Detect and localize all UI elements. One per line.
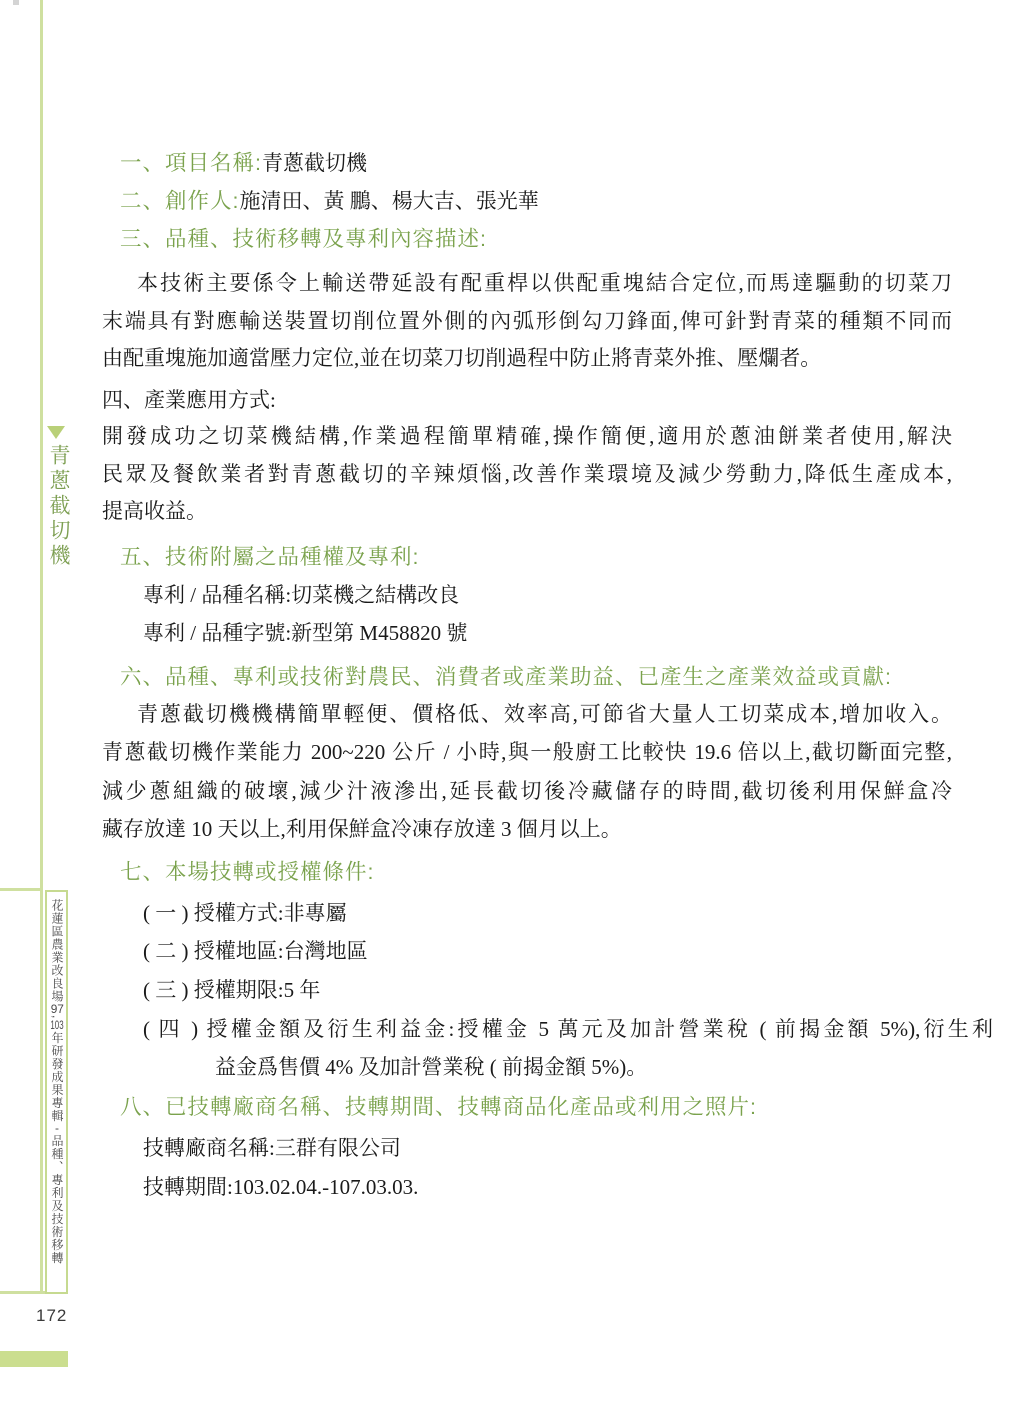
list-item: ( 三 ) 授權期限:5 年 — [102, 979, 993, 1002]
tab-text-segment: 花蓮區農業改良場 — [50, 899, 64, 1003]
tab-text-segment: 年研發成果專輯 — [50, 1031, 64, 1122]
scan-speck — [13, 0, 19, 5]
document-page: 青蔥截切機 花蓮區農業改良場97,103年研發成果專輯-品種、專利及技術移轉 1… — [0, 0, 1024, 1418]
list-item: 技轉期間:103.02.04.-107.03.03. — [102, 1176, 993, 1199]
paragraph-line: 青蔥截切機機構簡單輕便、價格低、效率高,可節省大量人工切菜成本,增加收入。 — [102, 703, 952, 726]
margin-rule-vertical — [40, 0, 43, 1293]
paragraph-line: 末端具有對應輸送裝置切削位置外側的內弧形倒勾刀鋒面,俾可針對青菜的種類不同而 — [102, 310, 952, 333]
section-8-heading: 八、已技轉廠商名稱、技轉期間、技轉商品化產品或利用之照片: — [120, 1095, 757, 1119]
list-item: ( 四 ) 授權金額及衍生利益金:授權金 5 萬元及加計營業稅 ( 前揭金額 5… — [102, 1018, 993, 1041]
margin-chapter-title: 青蔥截切機 — [43, 444, 73, 569]
section-6-heading: 六、品種、專利或技術對農民、消費者或產業助益、已產生之產業效益或貢獻: — [120, 665, 892, 689]
footer-green-bar — [0, 1351, 68, 1367]
section-5-heading: 五、技術附屬之品種權及專利: — [120, 545, 419, 569]
tab-text-segment: - — [50, 1122, 64, 1134]
list-item: 專利 / 品種名稱:切菜機之結構改良 — [102, 584, 993, 607]
list-item: ( 二 ) 授權地區:台灣地區 — [102, 940, 993, 963]
margin-rule-tick-top — [0, 888, 43, 891]
list-item: 技轉廠商名稱:三群有限公司 — [102, 1137, 993, 1160]
tab-text-segment: 97 — [50, 1003, 64, 1015]
section-1-value: 青蔥截切機 — [262, 151, 367, 175]
paragraph-line: 青蔥截切機作業能力 200~220 公斤 / 小時,與一般廚工比較快 19.6 … — [102, 741, 952, 764]
list-item-continuation: 益金爲售價 4% 及加計營業稅 ( 前揭金額 5%)。 — [102, 1056, 1024, 1079]
paragraph-line: 開發成功之切菜機結構,作業過程簡單精確,操作簡便,適用於蔥油餅業者使用,解決 — [102, 425, 952, 448]
section-7-heading: 七、本場技轉或授權條件: — [120, 860, 374, 884]
margin-edition-tab: 花蓮區農業改良場97,103年研發成果專輯-品種、專利及技術移轉 — [45, 890, 68, 1294]
section-1-heading: 一、項目名稱:青蔥截切機 — [120, 151, 367, 175]
paragraph-line: 提高收益。 — [102, 500, 952, 523]
section-2-value: 施清田、黃 鵬、楊大吉、張光華 — [239, 189, 538, 213]
paragraph-line: 本技術主要係令上輸送帶延設有配重桿以供配重塊結合定位,而馬達驅動的切菜刀 — [102, 272, 952, 295]
tab-text-segment: 品種、專利及技術移轉 — [50, 1134, 64, 1264]
down-triangle-icon — [47, 426, 65, 439]
paragraph-line: 藏存放達 10 天以上,利用保鮮盒冷凍存放達 3 個月以上。 — [102, 818, 952, 841]
section-2-label: 二、創作人: — [120, 189, 239, 213]
section-1-label: 一、項目名稱: — [120, 151, 262, 175]
page-number: 172 — [36, 1306, 67, 1326]
list-item: 專利 / 品種字號:新型第 M458820 號 — [102, 622, 993, 645]
paragraph-line: 民眾及餐飲業者對青蔥截切的辛辣煩惱,改善作業環境及減少勞動力,降低生產成本, — [102, 463, 952, 486]
section-3-heading: 三、品種、技術移轉及專利內容描述: — [120, 227, 487, 251]
margin-rule-tick-bottom — [0, 1291, 45, 1294]
paragraph-line: 由配重塊施加適當壓力定位,並在切菜刀切削過程中防止將青菜外推、壓爛者。 — [102, 347, 952, 370]
list-item: ( 一 ) 授權方式:非專屬 — [102, 902, 993, 925]
section-4-heading: 四、產業應用方式: — [102, 389, 952, 412]
section-2-heading: 二、創作人:施清田、黃 鵬、楊大吉、張光華 — [120, 189, 539, 213]
paragraph-line: 減少蔥組織的破壞,減少汁液滲出,延長截切後冷藏儲存的時間,截切後利用保鮮盒冷 — [102, 780, 952, 803]
tab-text-segment: 103 — [50, 1019, 64, 1031]
